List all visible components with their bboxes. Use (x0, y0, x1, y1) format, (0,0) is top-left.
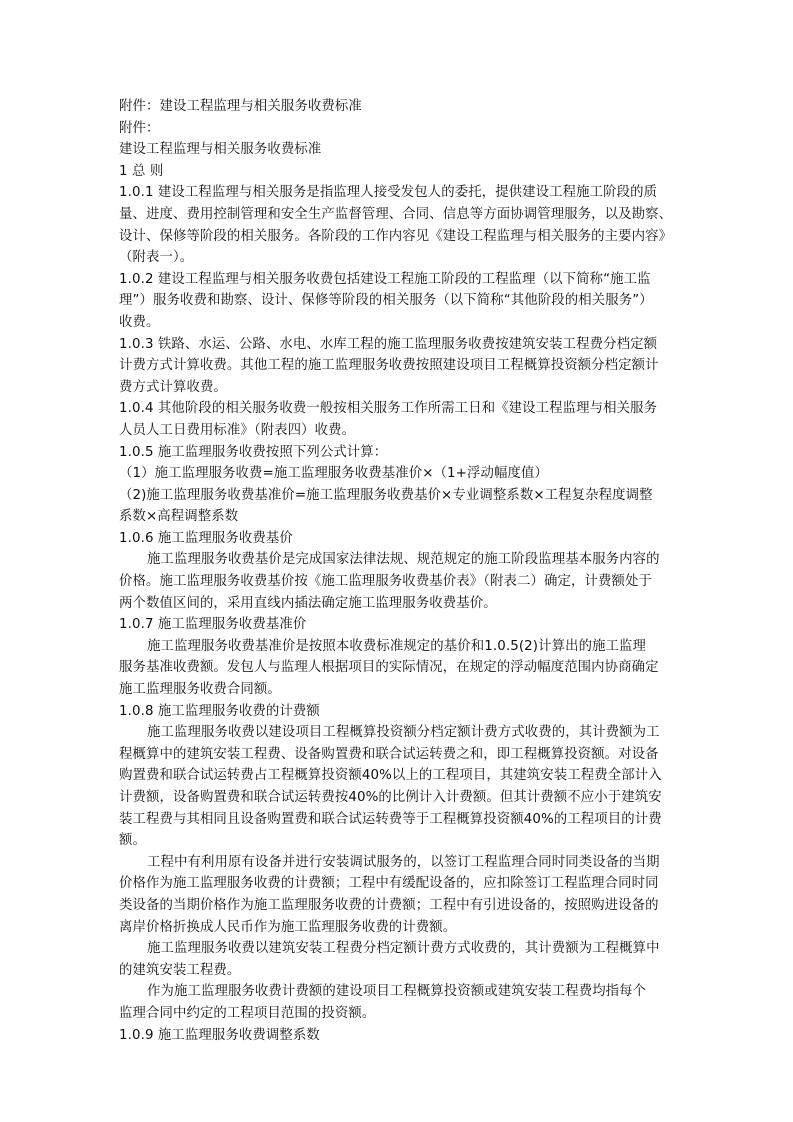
text-line: 离岸价格折换成人民币作为施工监理服务收费的计费额。 (119, 917, 675, 939)
text-line: 费方式计算收费。 (119, 377, 675, 399)
text-line: 监理合同中约定的工程项目范围的投资额。 (119, 1003, 675, 1025)
text-line: 类设备的当期价格作为施工监理服务收费的计费额；工程中有引进设备的，按照购进设备的 (119, 895, 675, 917)
text-line: 量、进度、费用控制管理和安全生产监督管理、合同、信息等方面协调管理服务，以及勘察… (119, 204, 675, 226)
text-line: 价格作为施工监理服务收费的计费额；工程中有缓配设备的，应扣除签订工程监理合同时同 (119, 873, 675, 895)
document-page: 附件：建设工程监理与相关服务收费标准 附件： 建设工程监理与相关服务收费标准 1… (119, 96, 675, 1046)
text-line: （附表一）。 (119, 247, 675, 269)
text-line: 1.0.9 施工监理服务收费调整系数 (119, 1025, 675, 1047)
text-line: （1）施工监理服务收费=施工监理服务收费基准价×（1+浮动幅度值） (119, 463, 675, 485)
text-line: 的建筑安装工程费。 (119, 960, 675, 982)
text-line: 施工监理服务收费以建筑安装工程费分档定额计费方式收费的，其计费额为工程概算中 (119, 938, 675, 960)
document-title: 建设工程监理与相关服务收费标准 (119, 139, 675, 161)
document-body: 1.0.1 建设工程监理与相关服务是指监理人接受发包人的委托，提供建设工程施工阶… (119, 182, 675, 1046)
text-line: 施工监理服务收费基准价是按照本收费标准规定的基价和1.0.5(2)计算出的施工监… (119, 636, 675, 658)
text-line: 设计、保修等阶段的相关服务。各阶段的工作内容见《建设工程监理与相关服务的主要内容… (119, 226, 675, 248)
text-line: 1.0.7 施工监理服务收费基准价 (119, 614, 675, 636)
text-line: 1.0.4 其他阶段的相关服务收费一般按相关服务工作所需工日和《建设工程监理与相… (119, 398, 675, 420)
text-line: 施工监理服务收费基价是完成国家法律法规、规范规定的施工阶段监理基本服务内容的 (119, 549, 675, 571)
chapter-heading: 1 总 则 (119, 161, 675, 183)
text-line: 额。 (119, 830, 675, 852)
text-line: 1.0.8 施工监理服务收费的计费额 (119, 701, 675, 723)
text-line: 施工监理服务收费合同额。 (119, 679, 675, 701)
text-line: 两个数值区间的，采用直线内插法确定施工监理服务收费基价。 (119, 593, 675, 615)
text-line: 装工程费与其相同且设备购置费和联合试运转费等于工程概算投资额40%的工程项目的计… (119, 809, 675, 831)
text-line: 1.0.2 建设工程监理与相关服务收费包括建设工程施工阶段的工程监理（以下简称“… (119, 269, 675, 291)
text-line: 人员人工日费用标准》（附表四）收费。 (119, 420, 675, 442)
text-line: 1.0.5 施工监理服务收费按照下列公式计算： (119, 442, 675, 464)
text-line: 1.0.1 建设工程监理与相关服务是指监理人接受发包人的委托，提供建设工程施工阶… (119, 182, 675, 204)
text-line: 理”）服务收费和勘察、设计、保修等阶段的相关服务（以下简称“其他阶段的相关服务”… (119, 290, 675, 312)
attachment-label: 附件： (119, 118, 675, 140)
text-line: 购置费和联合试运转费占工程概算投资额40%以上的工程项目，其建筑安装工程费全部计… (119, 765, 675, 787)
text-line: 计费额，设备购置费和联合试运转费按40%的比例计入计费额。但其计费额不应小于建筑… (119, 787, 675, 809)
text-line: 服务基准收费额。发包人与监理人根据项目的实际情况，在规定的浮动幅度范围内协商确定 (119, 657, 675, 679)
text-line: 程概算中的建筑安装工程费、设备购置费和联合试运转费之和，即工程概算投资额。对设备 (119, 744, 675, 766)
text-line: 收费。 (119, 312, 675, 334)
text-line: 工程中有利用原有设备并进行安装调试服务的，以签订工程监理合同时同类设备的当期 (119, 852, 675, 874)
text-line: 1.0.3 铁路、水运、公路、水电、水库工程的施工监理服务收费按建筑安装工程费分… (119, 334, 675, 356)
text-line: 1.0.6 施工监理服务收费基价 (119, 528, 675, 550)
text-line: （2)施工监理服务收费基准价=施工监理服务收费基价×专业调整系数×工程复杂程度调… (119, 485, 675, 507)
header-title: 附件：建设工程监理与相关服务收费标准 (119, 96, 675, 118)
text-line: 计费方式计算收费。其他工程的施工监理服务收费按照建设项目工程概算投资额分档定额计 (119, 355, 675, 377)
text-line: 作为施工监理服务收费计费额的建设项目工程概算投资额或建筑安装工程费均指每个 (119, 981, 675, 1003)
text-line: 施工监理服务收费以建设项目工程概算投资额分档定额计费方式收费的，其计费额为工 (119, 722, 675, 744)
text-line: 系数×高程调整系数 (119, 506, 675, 528)
text-line: 价格。施工监理服务收费基价按《施工监理服务收费基价表》（附表二）确定，计费额处于 (119, 571, 675, 593)
